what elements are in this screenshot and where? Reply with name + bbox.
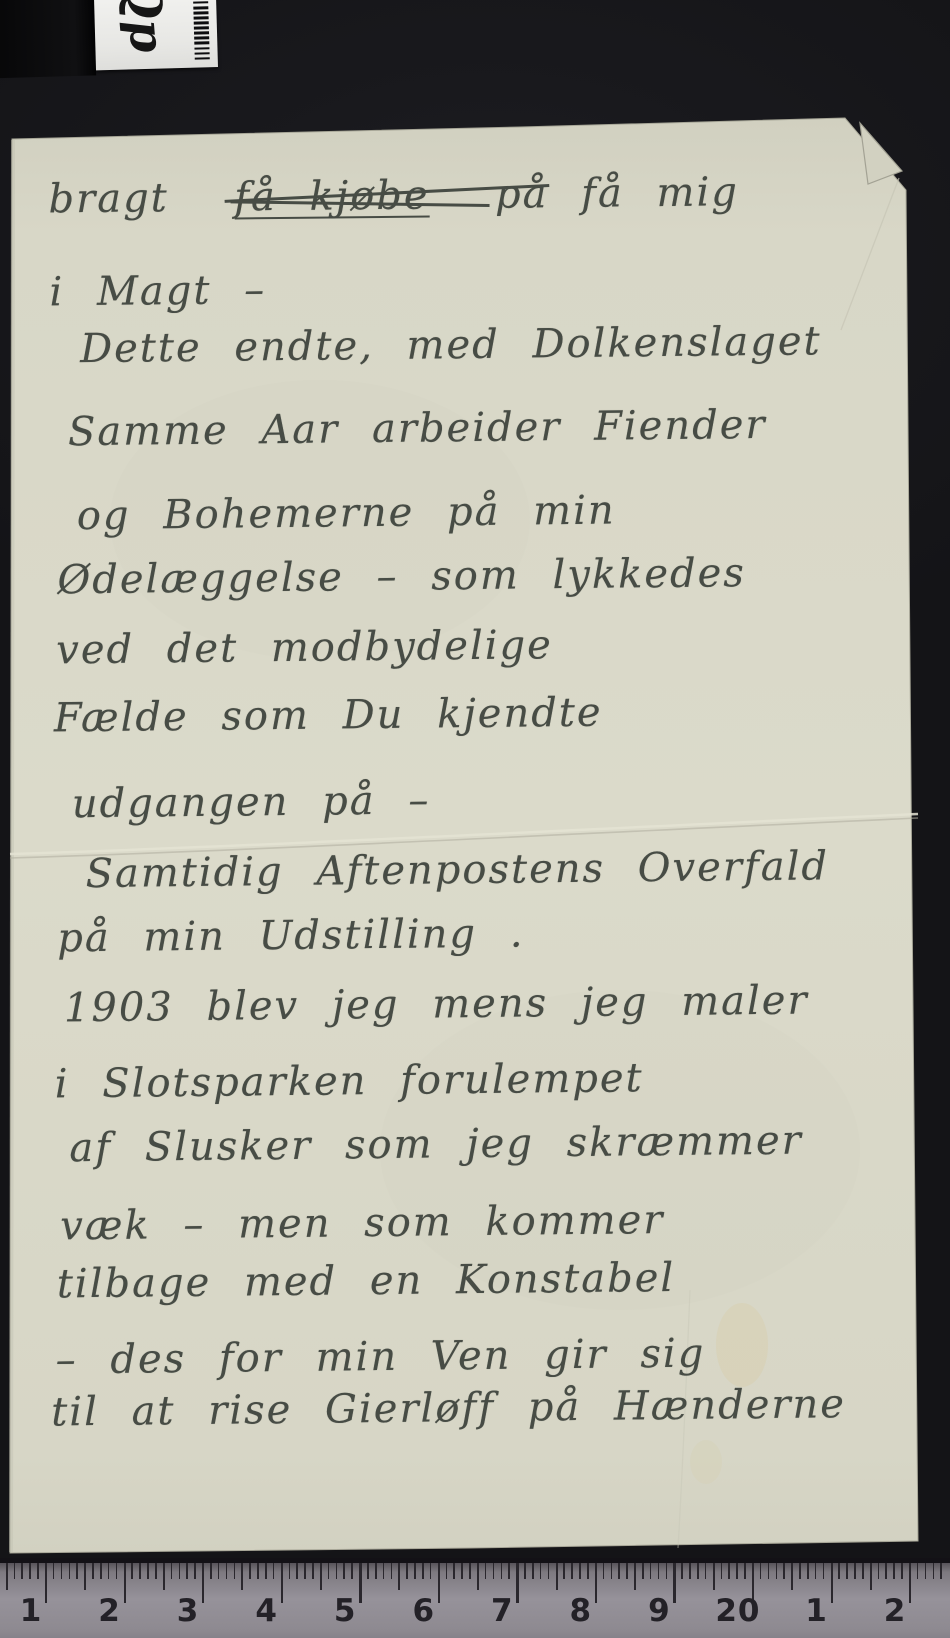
ruler-tick (846, 1563, 848, 1579)
handwriting-line: 1903 blev jeg mens jeg maler (64, 981, 809, 1029)
ruler-tick (650, 1563, 652, 1579)
ruler-tick (234, 1563, 236, 1579)
handwriting-line: udgangen på – (72, 780, 431, 824)
handwriting-line: af Slusker som jeg skræmmer (69, 1121, 803, 1169)
ruler-tick (359, 1563, 361, 1603)
ruler-tick (532, 1563, 534, 1579)
ruler-tick (414, 1563, 416, 1579)
ruler-tick (548, 1563, 550, 1579)
ruler-tick (453, 1563, 455, 1579)
handwriting-line: – des for min Ven gir sig (55, 1334, 705, 1381)
ruler-tick (14, 1563, 16, 1579)
ruler-tick (336, 1563, 338, 1579)
handwriting-line: på min Udstilling . (57, 913, 525, 958)
ruler-tick (728, 1563, 730, 1579)
ruler-tick (265, 1563, 267, 1579)
ruler-tick (540, 1563, 542, 1579)
ruler-tick (155, 1563, 157, 1579)
handwriting-text: ved det modbydelige (56, 622, 553, 673)
ruler-tick (815, 1563, 817, 1579)
ruler-tick (108, 1563, 110, 1579)
ruler-number: 5 (334, 1593, 357, 1629)
ruler-tick (249, 1563, 251, 1579)
handwriting-text: væk – men som kommer (60, 1197, 665, 1249)
ruler-tick (524, 1563, 526, 1579)
handwriting-line: Samtidig Aftenpostens Overfald (85, 846, 829, 894)
ruler-number: 2 (884, 1593, 907, 1629)
scale-tick-mark (194, 16, 209, 19)
ruler-tick (92, 1563, 94, 1579)
ruler-tick (186, 1563, 188, 1579)
handwriting-text: Dette endte, med Dolkenslaget (80, 318, 822, 372)
scale-tick-mark (193, 11, 208, 14)
handwriting-text: Fælde som Du kjendte (54, 690, 603, 742)
handwriting-text: af Slusker som jeg skræmmer (69, 1118, 803, 1172)
handwriting-line: i Magt – (49, 270, 266, 312)
handwriting-text: Ødelæggelse – som lykkedes (57, 550, 746, 603)
ruler-tick (831, 1563, 833, 1603)
ruler-tick (603, 1563, 605, 1579)
scale-tick-mark (194, 42, 209, 45)
ruler-tick (131, 1563, 133, 1579)
ruler-number: 2 (98, 1593, 121, 1629)
scale-tick-mark (194, 47, 209, 50)
ruler-tick (893, 1563, 895, 1579)
ruler-tick (791, 1563, 793, 1590)
ruler-tick (673, 1563, 675, 1603)
ruler-tick (438, 1563, 440, 1603)
ruler-tick (799, 1563, 801, 1579)
scale-tick-mark (194, 32, 209, 35)
ruler-tick (328, 1563, 330, 1579)
handwriting-text: Samme Aar arbeider Fiender (68, 402, 767, 455)
ruler-tick (461, 1563, 463, 1579)
ruler-tick (776, 1563, 778, 1579)
ruler-tick (768, 1563, 770, 1579)
scale-tick-mark (194, 22, 209, 25)
calibration-scale-ticks (193, 0, 211, 60)
ruler-tick (807, 1563, 809, 1579)
ruler-tick (901, 1563, 903, 1579)
calibration-card-label: Qp (114, 0, 175, 56)
handwritten-text: bragt få kjøbe på få mig i Magt –Dette e… (0, 0, 950, 1638)
ruler-tick (69, 1563, 71, 1579)
ruler-tick (697, 1563, 699, 1579)
ruler-tick (163, 1563, 165, 1590)
ruler-tick (642, 1563, 644, 1579)
ruler-tick (116, 1563, 118, 1579)
ruler-number: 8 (570, 1593, 593, 1629)
handwriting-text: på min Udstilling . (57, 910, 525, 961)
ruler-tick (587, 1563, 589, 1579)
ruler-tick (760, 1563, 762, 1579)
ruler-tick (391, 1563, 393, 1579)
ruler-tick (367, 1563, 369, 1579)
handwriting-text: til at rise Gierløff på Hænderne (51, 1381, 846, 1435)
handwriting-text: bragt (48, 175, 169, 222)
ruler-tick (681, 1563, 683, 1579)
ruler-tick (37, 1563, 39, 1579)
ruler-tick (226, 1563, 228, 1579)
ruler-tick (579, 1563, 581, 1579)
ruler-tick (45, 1563, 47, 1603)
ruler-tick (917, 1563, 919, 1579)
scale-tick-mark (193, 6, 208, 9)
ruler-number: 9 (648, 1593, 671, 1629)
calibration-card-white-patch: Qp (94, 0, 218, 70)
ruler-tick (940, 1563, 942, 1579)
bottom-ruler: 1234567892012 (0, 1558, 950, 1638)
ruler-number: 20 (715, 1593, 760, 1629)
handwriting-line: Fælde som Du kjendte (54, 693, 603, 739)
ruler-tick (563, 1563, 565, 1579)
handwriting-line: væk – men som kommer (60, 1200, 665, 1246)
handwriting-text: 1903 blev jeg mens jeg maler (64, 978, 809, 1032)
scale-tick-mark (194, 37, 209, 40)
ruler-tick (100, 1563, 102, 1579)
ruler-tick (705, 1563, 707, 1579)
ruler-tick (312, 1563, 314, 1579)
ruler-tick (469, 1563, 471, 1579)
ruler-tick (84, 1563, 86, 1590)
handwriting-text: og Bohemerne på min (77, 488, 616, 540)
handwriting-line: Ødelæggelse – som lykkedes (57, 553, 746, 600)
handwriting-text: tilbage med en Konstabel (57, 1255, 676, 1307)
ruler-tick (713, 1563, 715, 1590)
handwriting-line: ved det modbydelige (56, 625, 553, 670)
ruler-tick (124, 1563, 126, 1603)
ruler-tick (430, 1563, 432, 1579)
ruler-tick (838, 1563, 840, 1579)
handwriting-text: – des for min Ven gir sig (55, 1331, 705, 1384)
scale-tick-mark (193, 1, 208, 4)
ruler-tick (210, 1563, 212, 1579)
ruler-tick (721, 1563, 723, 1579)
calibration-card-black-patch (0, 0, 96, 78)
ruler-tick (218, 1563, 220, 1579)
ruler-tick (304, 1563, 306, 1579)
ruler-tick (658, 1563, 660, 1579)
ruler-tick (281, 1563, 283, 1603)
ruler-tick (61, 1563, 63, 1579)
ruler-tick (171, 1563, 173, 1579)
ruler-tick (626, 1563, 628, 1579)
ruler-number: 4 (255, 1593, 278, 1629)
ruler-tick (406, 1563, 408, 1579)
handwriting-line: bragt få kjøbe på få mig (48, 172, 772, 222)
ruler-number: 1 (805, 1593, 828, 1629)
ruler-tick (909, 1563, 911, 1603)
ruler-tick (556, 1563, 558, 1590)
ruler-tick (508, 1563, 510, 1579)
handwriting-line: til at rise Gierløff på Hænderne (51, 1384, 846, 1432)
handwriting-text: på få mig (495, 169, 739, 218)
calibration-card: Qp (0, 0, 227, 78)
ruler-tick (823, 1563, 825, 1579)
ruler-tick (618, 1563, 620, 1579)
ruler-tick (501, 1563, 503, 1579)
ruler-tick (147, 1563, 149, 1579)
ruler-tick (870, 1563, 872, 1590)
ruler-tick (925, 1563, 927, 1579)
ruler-tick (343, 1563, 345, 1579)
handwriting-line: og Bohemerne på min (77, 491, 616, 537)
ruler-tick (516, 1563, 518, 1603)
ruler-tick (422, 1563, 424, 1579)
ruler-tick (351, 1563, 353, 1579)
ruler-tick (933, 1563, 935, 1579)
ruler-tick (76, 1563, 78, 1579)
ruler-tick (783, 1563, 785, 1579)
ruler-tick (862, 1563, 864, 1579)
ruler-tick (878, 1563, 880, 1579)
ruler-tick (202, 1563, 204, 1603)
handwriting-text: udgangen på – (72, 777, 431, 827)
ruler-tick (6, 1563, 8, 1590)
ruler-tick (477, 1563, 479, 1590)
scale-tick-mark (195, 52, 210, 55)
ruler-tick (29, 1563, 31, 1579)
strikethrough-text: få kjøbe (234, 175, 430, 219)
ruler-number: 7 (491, 1593, 514, 1629)
ruler-tick (139, 1563, 141, 1579)
ruler-tick (689, 1563, 691, 1579)
ruler-tick (611, 1563, 613, 1579)
ruler-tick (273, 1563, 275, 1579)
scale-tick-mark (194, 27, 209, 30)
ruler-tick (375, 1563, 377, 1579)
ruler-tick (854, 1563, 856, 1579)
ruler-tick (383, 1563, 385, 1579)
ruler-tick (595, 1563, 597, 1603)
ruler-tick (446, 1563, 448, 1579)
handwriting-text: i Slotsparken forulempet (55, 1055, 644, 1107)
ruler-number: 1 (20, 1593, 43, 1629)
handwriting-line: Samme Aar arbeider Fiender (68, 405, 767, 452)
ruler-number: 3 (177, 1593, 200, 1629)
handwriting-line: Dette endte, med Dolkenslaget (80, 321, 822, 369)
ruler-tick (398, 1563, 400, 1590)
ruler-tick (257, 1563, 259, 1579)
ruler-tick (485, 1563, 487, 1579)
scan-background: bragt få kjøbe på få mig i Magt –Dette e… (0, 0, 950, 1638)
ruler-tick (666, 1563, 668, 1579)
ruler-tick (736, 1563, 738, 1579)
ruler-tick (289, 1563, 291, 1579)
ruler-tick (296, 1563, 298, 1579)
ruler-tick (634, 1563, 636, 1590)
handwriting-line: tilbage med en Konstabel (57, 1258, 676, 1304)
ruler-tick (179, 1563, 181, 1579)
handwriting-text: i Magt – (49, 267, 266, 315)
ruler-tick (571, 1563, 573, 1579)
scale-tick-mark (195, 57, 210, 60)
ruler-tick (744, 1563, 746, 1579)
ruler-tick (885, 1563, 887, 1579)
ruler-tick (320, 1563, 322, 1590)
handwriting-line: i Slotsparken forulempet (55, 1058, 644, 1104)
ruler-number: 6 (412, 1593, 435, 1629)
ruler-tick (21, 1563, 23, 1579)
ruler-tick (493, 1563, 495, 1579)
ruler-tick (53, 1563, 55, 1579)
ruler-tick (241, 1563, 243, 1590)
handwriting-text: Samtidig Aftenpostens Overfald (85, 843, 829, 897)
ruler-tick (194, 1563, 196, 1579)
